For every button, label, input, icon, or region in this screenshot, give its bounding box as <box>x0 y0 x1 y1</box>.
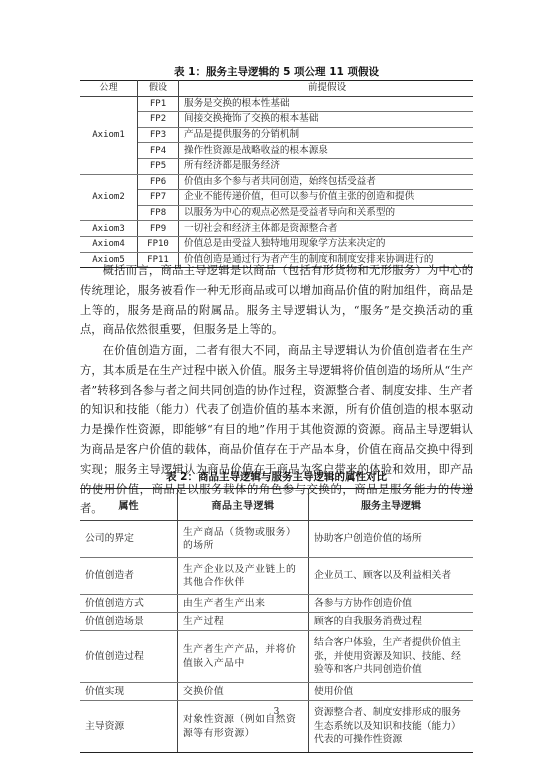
attribute-cell: 价值创造场景 <box>80 613 178 631</box>
table1-axioms: 公理 假设 前提假设 Axiom1 FP1 服务是交换的根本性基础 FP2 间接… <box>80 80 473 268</box>
axiom-cell: Axiom3 <box>80 221 138 237</box>
premise-cell: 价值总是由受益人独特地用现象学方法来决定的 <box>179 236 474 252</box>
gdl-cell: 交换价值 <box>178 683 309 701</box>
table-row: 价值创造场景 生产过程 顾客的自我服务消费过程 <box>80 613 473 631</box>
paragraph-summary: 概括而言，商品主导逻辑是以商品（包括有形货物和无形服务）为中心的传统理论，服务被… <box>80 261 473 340</box>
premise-cell: 价值由多个参与者共同创造，始终包括受益者 <box>179 174 474 190</box>
table-row: Axiom2 FP6 价值由多个参与者共同创造，始终包括受益者 <box>80 174 473 190</box>
table-row: 公司的界定 生产商品（货物或服务）的场所 协助客户创造价值的场所 <box>80 521 473 558</box>
attribute-cell: 价值创造者 <box>80 558 178 595</box>
gdl-cell: 生产过程 <box>178 613 309 631</box>
table-row: FP7 企业不能传递价值，但可以参与价值主张的创造和提供 <box>80 190 473 206</box>
table-row: FP3 产品是提供服务的分销机制 <box>80 127 473 143</box>
fp-cell: FP5 <box>138 158 179 174</box>
table-row: 价值创造者 生产企业以及产业链上的其他合作伙伴 企业员工、顾客以及利益相关者 <box>80 558 473 595</box>
fp-cell: FP10 <box>138 236 179 252</box>
table-row: FP8 以服务为中心的观点必然是受益者导向和关系型的 <box>80 205 473 221</box>
table1-header-row: 公理 假设 前提假设 <box>80 81 473 97</box>
table-row: Axiom4 FP10 价值总是由受益人独特地用现象学方法来决定的 <box>80 236 473 252</box>
premise-cell: 服务是交换的根本性基础 <box>179 96 474 112</box>
table1-header-fp: 假设 <box>138 81 179 97</box>
attribute-cell: 价值实现 <box>80 683 178 701</box>
attribute-cell: 公司的界定 <box>80 521 178 558</box>
premise-cell: 一切社会和经济主体都是资源整合者 <box>179 221 474 237</box>
axiom-cell: Axiom4 <box>80 236 138 252</box>
table2-header-row: 属性 商品主导逻辑 服务主导逻辑 <box>80 489 473 521</box>
page-number: 3 <box>80 707 473 717</box>
gdl-cell: 生产者生产产品，并将价值嵌入产品中 <box>178 631 309 683</box>
sdl-cell: 协助客户创造价值的场所 <box>309 521 474 558</box>
premise-cell: 产品是提供服务的分销机制 <box>179 127 474 143</box>
document-page: 表 1：服务主导逻辑的 5 项公理 11 项假设 公理 假设 前提假设 Axio… <box>0 0 550 778</box>
table2-header-sdl: 服务主导逻辑 <box>309 489 474 521</box>
axiom-cell: Axiom1 <box>80 96 138 174</box>
fp-cell: FP4 <box>138 143 179 159</box>
fp-cell: FP8 <box>138 205 179 221</box>
axiom-cell: Axiom2 <box>80 174 138 221</box>
sdl-cell: 使用价值 <box>309 683 474 701</box>
premise-cell: 所有经济都是服务经济 <box>179 158 474 174</box>
attribute-cell: 价值创造过程 <box>80 631 178 683</box>
premise-cell: 企业不能传递价值，但可以参与价值主张的创造和提供 <box>179 190 474 206</box>
sdl-cell: 顾客的自我服务消费过程 <box>309 613 474 631</box>
table-row: FP2 间接交换掩饰了交换的根本基础 <box>80 112 473 128</box>
attribute-cell: 价值创造方式 <box>80 595 178 613</box>
gdl-cell: 由生产者生产出来 <box>178 595 309 613</box>
premise-cell: 间接交换掩饰了交换的根本基础 <box>179 112 474 128</box>
fp-cell: FP1 <box>138 96 179 112</box>
table-row: 价值创造过程 生产者生产产品，并将价值嵌入产品中 结合客户体验，生产者提供价值主… <box>80 631 473 683</box>
table-row: Axiom1 FP1 服务是交换的根本性基础 <box>80 96 473 112</box>
table2-header-gdl: 商品主导逻辑 <box>178 489 309 521</box>
premise-cell: 以服务为中心的观点必然是受益者导向和关系型的 <box>179 205 474 221</box>
premise-cell: 操作性资源是战略收益的根本源泉 <box>179 143 474 159</box>
fp-cell: FP2 <box>138 112 179 128</box>
fp-cell: FP3 <box>138 127 179 143</box>
table2-caption: 表 2：商品主导逻辑与服务主导逻辑的属性对比 <box>80 469 473 484</box>
fp-cell: FP7 <box>138 190 179 206</box>
sdl-cell: 结合客户体验，生产者提供价值主张，并使用资源及知识、技能、经验等和客户共同创造价… <box>309 631 474 683</box>
table-row: 价值创造方式 由生产者生产出来 各参与方协作创造价值 <box>80 595 473 613</box>
fp-cell: FP6 <box>138 174 179 190</box>
table-row: 价值实现 交换价值 使用价值 <box>80 683 473 701</box>
gdl-cell: 生产企业以及产业链上的其他合作伙伴 <box>178 558 309 595</box>
table2-header-attribute: 属性 <box>80 489 178 521</box>
fp-cell: FP9 <box>138 221 179 237</box>
table-row: FP4 操作性资源是战略收益的根本源泉 <box>80 143 473 159</box>
table-row: Axiom3 FP9 一切社会和经济主体都是资源整合者 <box>80 221 473 237</box>
sdl-cell: 各参与方协作创造价值 <box>309 595 474 613</box>
table1-header-axiom: 公理 <box>80 81 138 97</box>
table-row: FP5 所有经济都是服务经济 <box>80 158 473 174</box>
gdl-cell: 生产商品（货物或服务）的场所 <box>178 521 309 558</box>
sdl-cell: 企业员工、顾客以及利益相关者 <box>309 558 474 595</box>
table1-caption: 表 1：服务主导逻辑的 5 项公理 11 项假设 <box>80 64 473 79</box>
table1-header-premise: 前提假设 <box>179 81 474 97</box>
